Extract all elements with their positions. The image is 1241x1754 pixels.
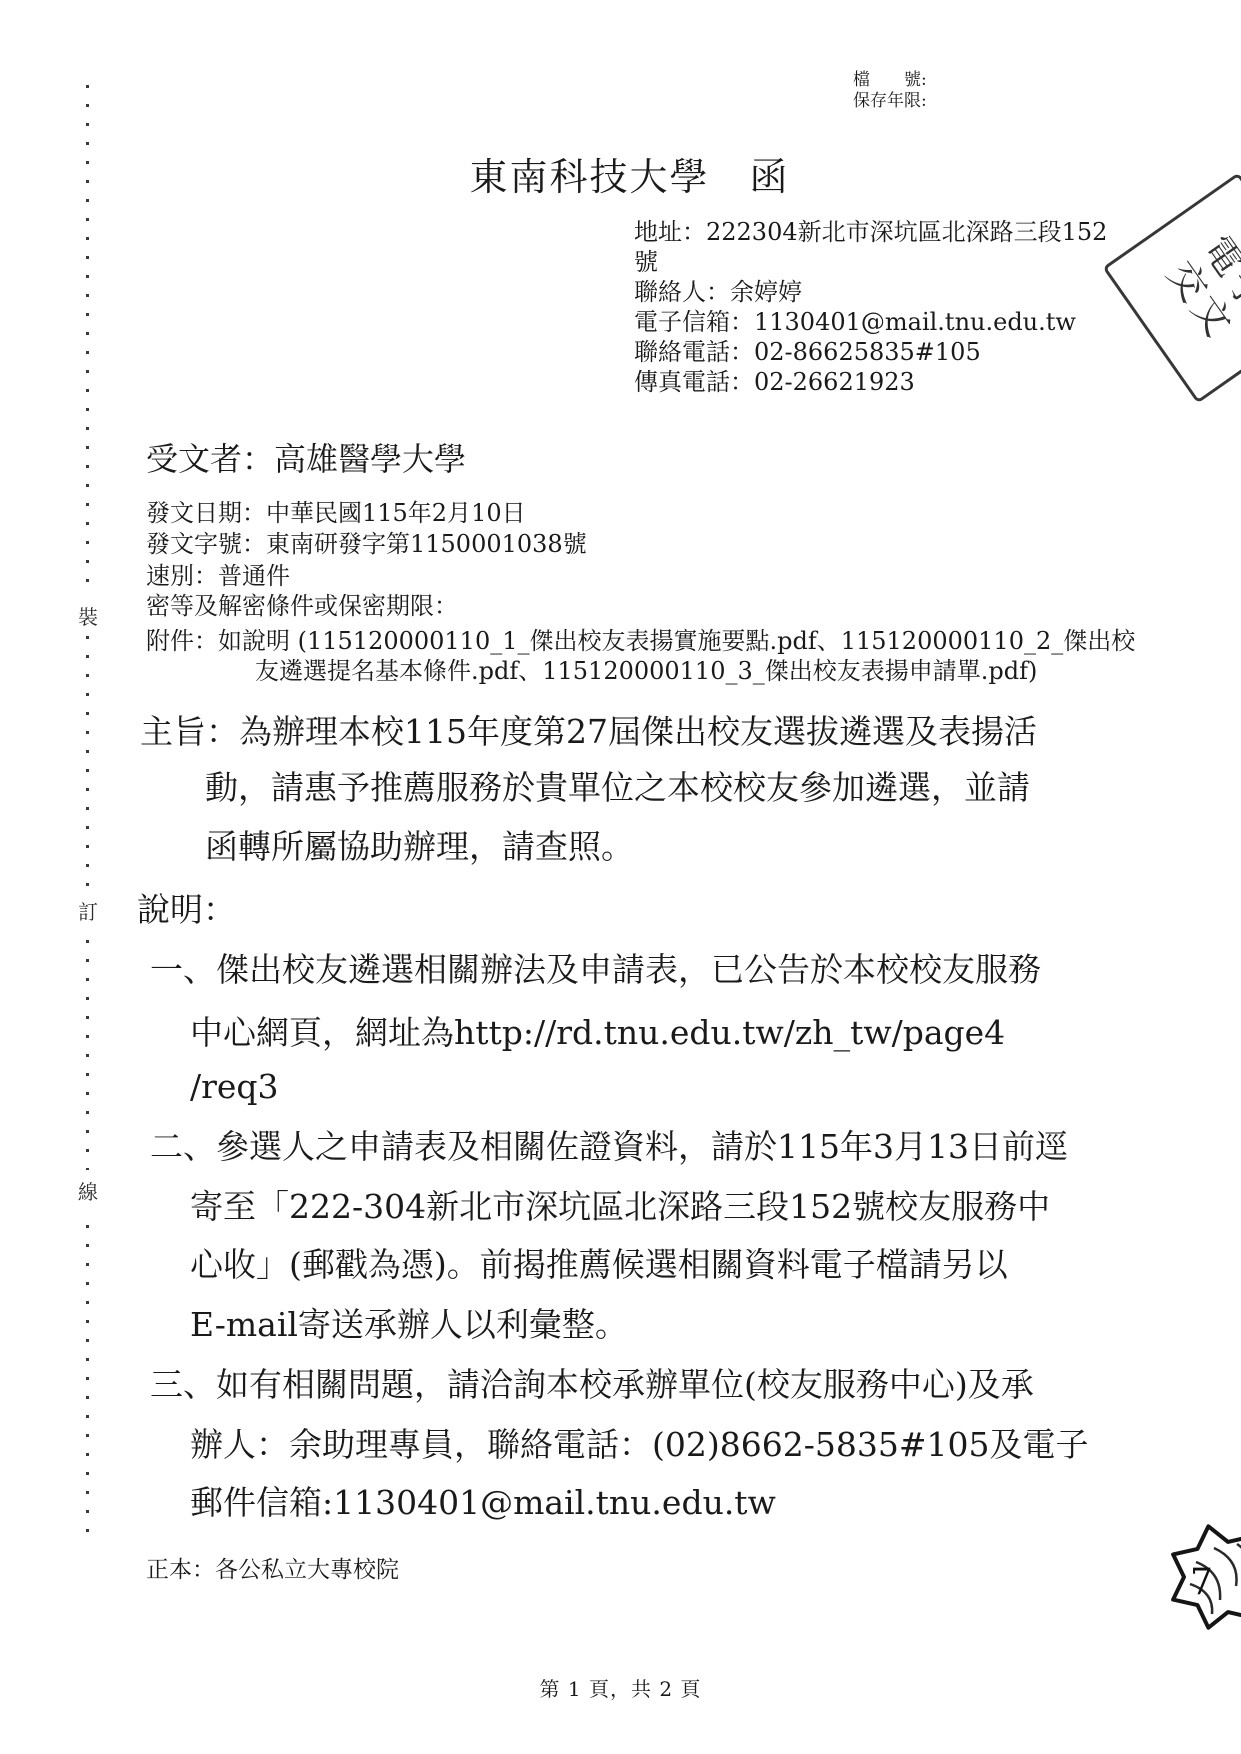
sender-fax: 傳真電話：02-26621923 bbox=[634, 367, 915, 397]
binding-mark-xian: 線 bbox=[74, 1170, 102, 1211]
explanation-item3-line3: 郵件信箱:1130401@mail.tnu.edu.tw bbox=[190, 1483, 776, 1523]
subject-line-3: 函轉所屬協助辦理，請查照。 bbox=[205, 827, 634, 867]
explanation-item2-line1: 二、參選人之申請表及相關佐證資料，請於115年3月13日前逕 bbox=[150, 1127, 1068, 1167]
retention-period-label: 保存年限: bbox=[853, 91, 927, 112]
speed-line: 速別：普通件 bbox=[146, 561, 290, 591]
sender-address-line1: 地址：222304新北市深坑區北深路三段152 bbox=[634, 217, 1107, 247]
file-number-label: 檔 號: bbox=[853, 70, 927, 91]
explanation-heading: 說明： bbox=[137, 890, 236, 930]
explanation-item3-line2: 辦人：余助理專員，聯絡電話：(02)8662-5835#105及電子 bbox=[190, 1425, 1089, 1465]
explanation-item2-line2: 寄至「222-304新北市深坑區北深路三段152號校友服務中 bbox=[190, 1187, 1050, 1227]
page-footer: 第 1 頁，共 2 頁 bbox=[0, 1673, 1241, 1702]
security-line: 密等及解密條件或保密期限： bbox=[146, 591, 458, 621]
binding-dotted-line bbox=[86, 85, 89, 1533]
explanation-item2-line4: E-mail寄送承辦人以利彙整。 bbox=[190, 1305, 628, 1345]
electronic-exchange-stamp: 電子 交文 bbox=[1102, 172, 1241, 403]
explanation-item2-line3: 心收」(郵戳為憑)。前揭推薦候選相關資料電子檔請另以 bbox=[190, 1245, 1008, 1285]
sender-contact-person: 聯絡人：余婷婷 bbox=[634, 277, 802, 307]
binding-mark-ding: 訂 bbox=[74, 890, 102, 931]
sender-email: 電子信箱：1130401@mail.tnu.edu.tw bbox=[634, 307, 1076, 337]
binding-mark-zhuang: 裝 bbox=[74, 595, 102, 636]
official-letter-page: 檔 號: 保存年限: 東南科技大學 函 地址：222304新北市深坑區北深路三段… bbox=[0, 0, 1241, 1754]
explanation-item1-line3: /req3 bbox=[190, 1067, 279, 1107]
explanation-item1-line2: 中心網頁，網址為http://rd.tnu.edu.tw/zh_tw/page4 bbox=[190, 1013, 1005, 1053]
explanation-item3-line1: 三、如有相關問題，請洽詢本校承辦單位(校友服務中心)及承 bbox=[150, 1365, 1034, 1405]
electronic-exchange-stamp-text: 電子 交文 bbox=[1158, 229, 1241, 348]
document-title: 東南科技大學 函 bbox=[0, 146, 1241, 201]
sender-phone: 聯絡電話：02-86625835#105 bbox=[634, 337, 981, 367]
explanation-item1-line1: 一、傑出校友遴選相關辦法及申請表，已公告於本校校友服務 bbox=[150, 950, 1041, 990]
issue-date-line: 發文日期：中華民國115年2月10日 bbox=[146, 498, 526, 528]
page-seal-number: 7 bbox=[1190, 1562, 1213, 1603]
attachment-line-2: 友遴選提名基本條件.pdf、115120000110_3_傑出校友表揚申請單.p… bbox=[255, 656, 1037, 686]
doc-number-line: 發文字號：東南研發字第1150001038號 bbox=[146, 529, 587, 559]
subject-line-1: 主旨：為辦理本校115年度第27屆傑出校友選拔遴選及表揚活 bbox=[140, 712, 1037, 752]
sender-address-line2: 號 bbox=[634, 247, 658, 277]
recipient-line: 受文者：高雄醫學大學 bbox=[146, 434, 466, 480]
subject-line-2: 動，請惠予推薦服務於貴單位之本校校友參加遴選，並請 bbox=[205, 768, 1030, 808]
page-seal-stamp: 7 bbox=[1152, 1522, 1241, 1642]
copy-to-line: 正本：各公私立大專校院 bbox=[146, 1551, 399, 1584]
attachment-line-1: 附件：如說明 (115120000110_1_傑出校友表揚實施要點.pdf、11… bbox=[146, 626, 1135, 656]
